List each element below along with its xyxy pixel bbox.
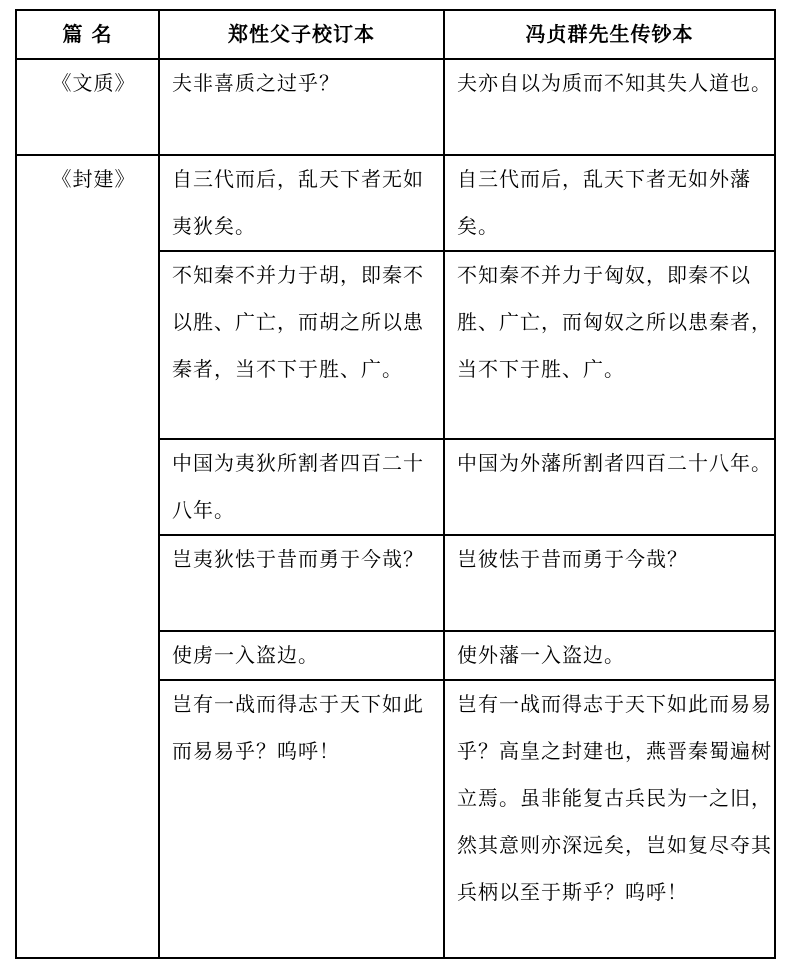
zheng-text: 不知秦不并力于胡，即秦不以胜、广亡，而胡之所以患秦者，当不下于胜、广。 — [159, 251, 444, 439]
feng-text: 中国为外藩所割者四百二十八年。 — [444, 439, 775, 535]
feng-text: 岂有一战而得志于天下如此而易易乎？高皇之封建也，燕晋秦蜀遍树立焉。虽非能复古兵民… — [444, 680, 775, 958]
zheng-text: 夫非喜质之过乎？ — [159, 59, 444, 155]
zheng-text: 中国为夷狄所割者四百二十八年。 — [159, 439, 444, 535]
comparison-table: 篇 名 郑性父子校订本 冯贞群先生传钞本 《文质》 夫非喜质之过乎？ 夫亦自以为… — [15, 9, 776, 959]
zheng-text: 岂有一战而得志于天下如此而易易乎？呜呼！ — [159, 680, 444, 958]
section-title: 《封建》 — [16, 155, 159, 958]
zheng-text: 使虏一入盗边。 — [159, 631, 444, 680]
feng-text: 岂彼怯于昔而勇于今哉？ — [444, 535, 775, 631]
feng-text: 自三代而后，乱天下者无如外藩矣。 — [444, 155, 775, 251]
header-row: 篇 名 郑性父子校订本 冯贞群先生传钞本 — [16, 10, 775, 59]
feng-text: 不知秦不并力于匈奴，即秦不以胜、广亡，而匈奴之所以患秦者，当不下于胜、广。 — [444, 251, 775, 439]
header-zheng-edition: 郑性父子校订本 — [159, 10, 444, 59]
feng-text: 夫亦自以为质而不知其失人道也。 — [444, 59, 775, 155]
feng-text: 使外藩一入盗边。 — [444, 631, 775, 680]
zheng-text: 岂夷狄怯于昔而勇于今哉？ — [159, 535, 444, 631]
zheng-text: 自三代而后，乱天下者无如夷狄矣。 — [159, 155, 444, 251]
header-feng-edition: 冯贞群先生传钞本 — [444, 10, 775, 59]
section-title: 《文质》 — [16, 59, 159, 155]
table-row: 《封建》 自三代而后，乱天下者无如夷狄矣。 自三代而后，乱天下者无如外藩矣。 — [16, 155, 775, 251]
header-title: 篇 名 — [16, 10, 159, 59]
table-row: 《文质》 夫非喜质之过乎？ 夫亦自以为质而不知其失人道也。 — [16, 59, 775, 155]
